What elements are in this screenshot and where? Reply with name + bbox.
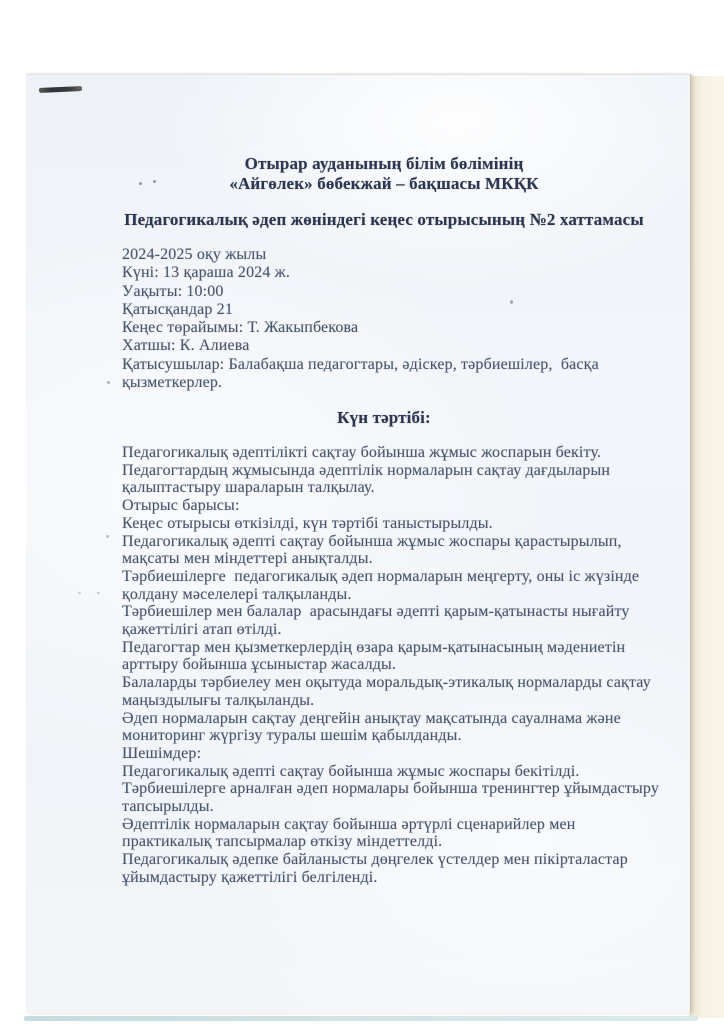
scan-speck (107, 381, 110, 384)
body-line: Шешімдер: (122, 745, 697, 763)
meta-line: Кеңес төрайымы: Т. Жакыпбекова (122, 319, 682, 337)
body-line: Педагогикалық әдепке байланысты дөңгелек… (122, 851, 697, 869)
scanned-document: Отырар ауданының білім бөлімінің «Айгөле… (0, 0, 724, 1024)
body-line: мақсаты мен міндеттері анықталды. (122, 550, 697, 568)
scan-speck (97, 592, 100, 594)
body-line: маңыздылығы талқыланды. (122, 692, 697, 710)
scan-speck (510, 300, 513, 304)
protocol-title-text: Педагогикалық әдеп жөніндегі кеңес отыры… (96, 210, 672, 230)
body-line: Тәрбиешілер мен балалар арасындағы әдепт… (122, 603, 697, 621)
body-line: Педагогикалық әдепті сақтау бойынша жұмы… (122, 533, 697, 551)
body-line: ұйымдастыру қажеттілігі белгіленді. (122, 869, 697, 887)
body-line: қалыптастыру шараларын талқылау. (122, 479, 697, 497)
scan-speck (139, 182, 142, 185)
body-line: Отырыс барысы: (122, 497, 697, 515)
document-page: Отырар ауданының білім бөлімінің «Айгөле… (26, 74, 691, 1013)
body-line: Педагогикалық әдептілікті сақтау бойынша… (122, 444, 697, 462)
meta-block: 2024-2025 оқу жылы Күні: 13 қараша 2024 … (122, 246, 682, 392)
body-line: практикалық тапсырмалар өткізу міндеттел… (122, 833, 697, 851)
body-line: тапсырылды. (122, 798, 697, 816)
scan-speck (153, 180, 156, 183)
agenda-heading-text: Күн тәртібі: (96, 408, 672, 428)
body-line: Әдеп нормаларын сақтау деңгейін анықтау … (122, 710, 697, 728)
scan-edge-line (24, 1016, 698, 1021)
org-name-line1: Отырар ауданының білім бөлімінің (96, 154, 672, 174)
meta-line: Хатшы: К. Алиева (122, 337, 682, 355)
protocol-title: Педагогикалық әдеп жөніндегі кеңес отыры… (96, 210, 672, 230)
body-line: Тәрбиешілерге арналған әдеп нормалары бо… (122, 780, 697, 798)
meta-line: Қатысушылар: Балабақша педагогтары, әдіс… (122, 356, 682, 374)
body-line: қажеттілігі атап өтілді. (122, 621, 697, 639)
body-line: Кеңес отырысы өткізілді, күн тәртібі тан… (122, 515, 697, 533)
body-line: Педагогикалық әдепті сақтау бойынша жұмы… (122, 763, 697, 781)
body-line: арттыру бойынша ұсыныстар жасалды. (122, 656, 697, 674)
agenda-heading: Күн тәртібі: (96, 408, 672, 428)
scan-speck (78, 592, 81, 594)
body-line: Педагогтардың жұмысында әдептілік нормал… (122, 462, 697, 480)
body-line: Педагогтар мен қызметкерлердің өзара қар… (122, 639, 697, 657)
scan-speck (106, 535, 109, 538)
body-block: Педагогикалық әдептілікті сақтау бойынша… (122, 444, 697, 887)
meta-line: Қатысқандар 21 (122, 301, 682, 319)
meta-line: Күні: 13 қараша 2024 ж. (122, 264, 682, 282)
meta-line: қызметкерлер. (122, 374, 682, 392)
meta-line: 2024-2025 оқу жылы (122, 246, 682, 264)
body-line: Тәрбиешілерге педагогикалық әдеп нормала… (122, 568, 697, 586)
body-line: мониторинг жүргізу туралы шешім қабылдан… (122, 727, 697, 745)
org-header: Отырар ауданының білім бөлімінің «Айгөле… (96, 154, 672, 194)
body-line: қолдану мәселелері талқыланды. (122, 586, 697, 604)
org-name-line2: «Айгөлек» бөбекжай – бақшасы МКҚК (96, 174, 672, 194)
meta-line: Уақыты: 10:00 (122, 283, 682, 301)
body-line: Балаларды тәрбиелеу мен оқытуда моральды… (122, 674, 697, 692)
body-line: Әдептілік нормаларын сақтау бойынша әртү… (122, 816, 697, 834)
